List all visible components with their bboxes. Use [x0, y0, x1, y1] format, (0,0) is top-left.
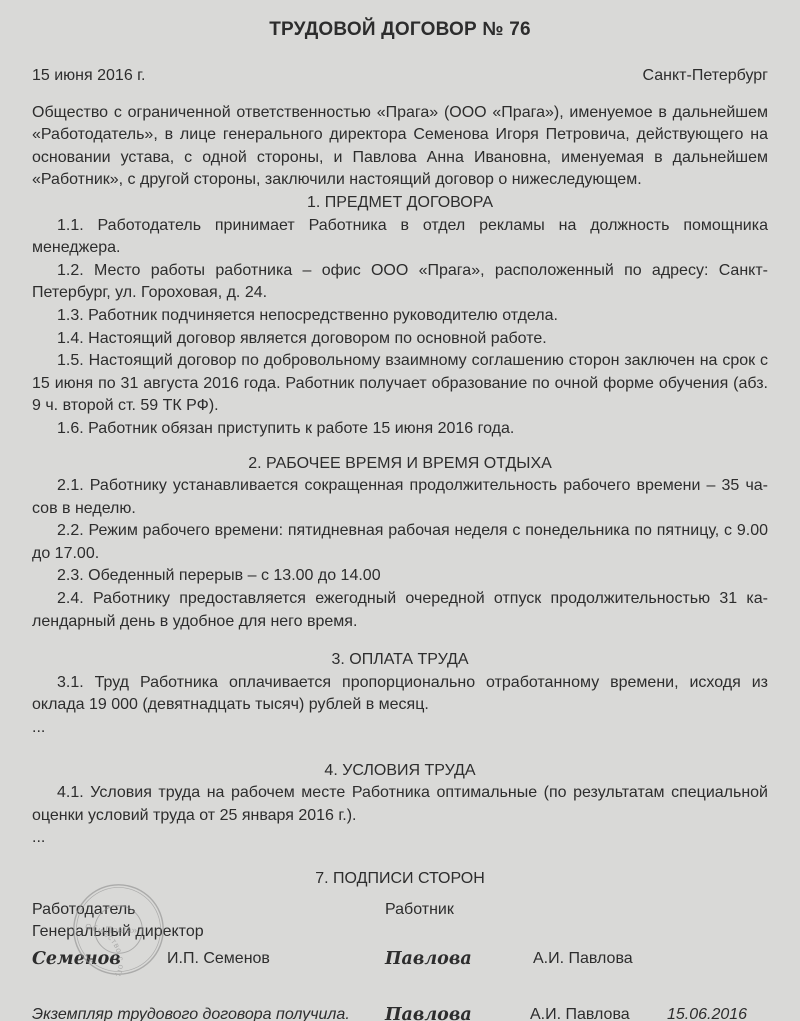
preamble-paragraph: Общество с ограниченной ответственностью…: [32, 102, 768, 192]
contract-date: 15 июня 2016 г.: [32, 65, 146, 88]
employer-name: И.П. Семенов: [167, 948, 385, 971]
employee-signature: Павлова: [385, 948, 533, 971]
section-1-heading: 1. ПРЕДМЕТ ДОГОВОРА: [32, 192, 768, 215]
clause-1-5: 1.5. Настоящий договор по добровольному …: [32, 350, 768, 418]
section-4-ellipsis: ...: [32, 827, 768, 850]
section-3-ellipsis: ...: [32, 717, 768, 740]
clause-1-3: 1.3. Работник подчиняется непосредственн…: [32, 305, 768, 328]
company-seal-stamp: Общество с ограниченной ответственностью…: [72, 883, 165, 976]
clause-2-1: 2.1. Работнику устанавливается сокращенн…: [32, 475, 768, 520]
section-2-heading: 2. РАБОЧЕЕ ВРЕМЯ И ВРЕМЯ ОТДЫХА: [32, 453, 768, 476]
clause-1-2: 1.2. Место работы работника – офис ООО «…: [32, 260, 768, 305]
employee-name: А.И. Павлова: [533, 948, 768, 971]
section-3-heading: 3. ОПЛАТА ТРУДА: [32, 649, 768, 672]
receipt-signature: Павлова: [385, 1004, 530, 1021]
receipt-date: 15.06.2016: [667, 1004, 768, 1021]
clause-1-6: 1.6. Работник обязан приступить к работе…: [32, 418, 768, 441]
contract-city: Санкт-Петербург: [643, 65, 768, 88]
clause-1-4: 1.4. Настоящий договор является договоро…: [32, 328, 768, 351]
clause-2-2: 2.2. Режим рабочего времени: пятидневная…: [32, 520, 768, 565]
receipt-row: Экземпляр трудового договора получила. П…: [32, 1004, 768, 1021]
clause-2-3: 2.3. Обеденный перерыв – с 13.00 до 14.0…: [32, 565, 768, 588]
clause-3-1: 3.1. Труд Работника оплачивается пропорц…: [32, 672, 768, 717]
date-city-row: 15 июня 2016 г. Санкт-Петербург: [32, 65, 768, 88]
clause-4-1: 4.1. Условия труда на рабочем месте Рабо…: [32, 782, 768, 827]
employee-label: Работник: [385, 899, 768, 922]
page-title: ТРУДОВОЙ ДОГОВОР № 76: [32, 18, 768, 41]
section-4-heading: 4. УСЛОВИЯ ТРУДА: [32, 760, 768, 783]
clause-2-4: 2.4. Работнику предоставляется ежегодный…: [32, 588, 768, 633]
employment-contract-document: ТРУДОВОЙ ДОГОВОР № 76 15 июня 2016 г. Са…: [0, 0, 800, 1021]
clause-1-1: 1.1. Работодатель принимает Работника в …: [32, 215, 768, 260]
receipt-name: А.И. Павлова: [530, 1004, 667, 1021]
seal-center-text: «Прага»: [100, 925, 137, 936]
receipt-statement: Экземпляр трудового договора получила.: [32, 1004, 385, 1021]
